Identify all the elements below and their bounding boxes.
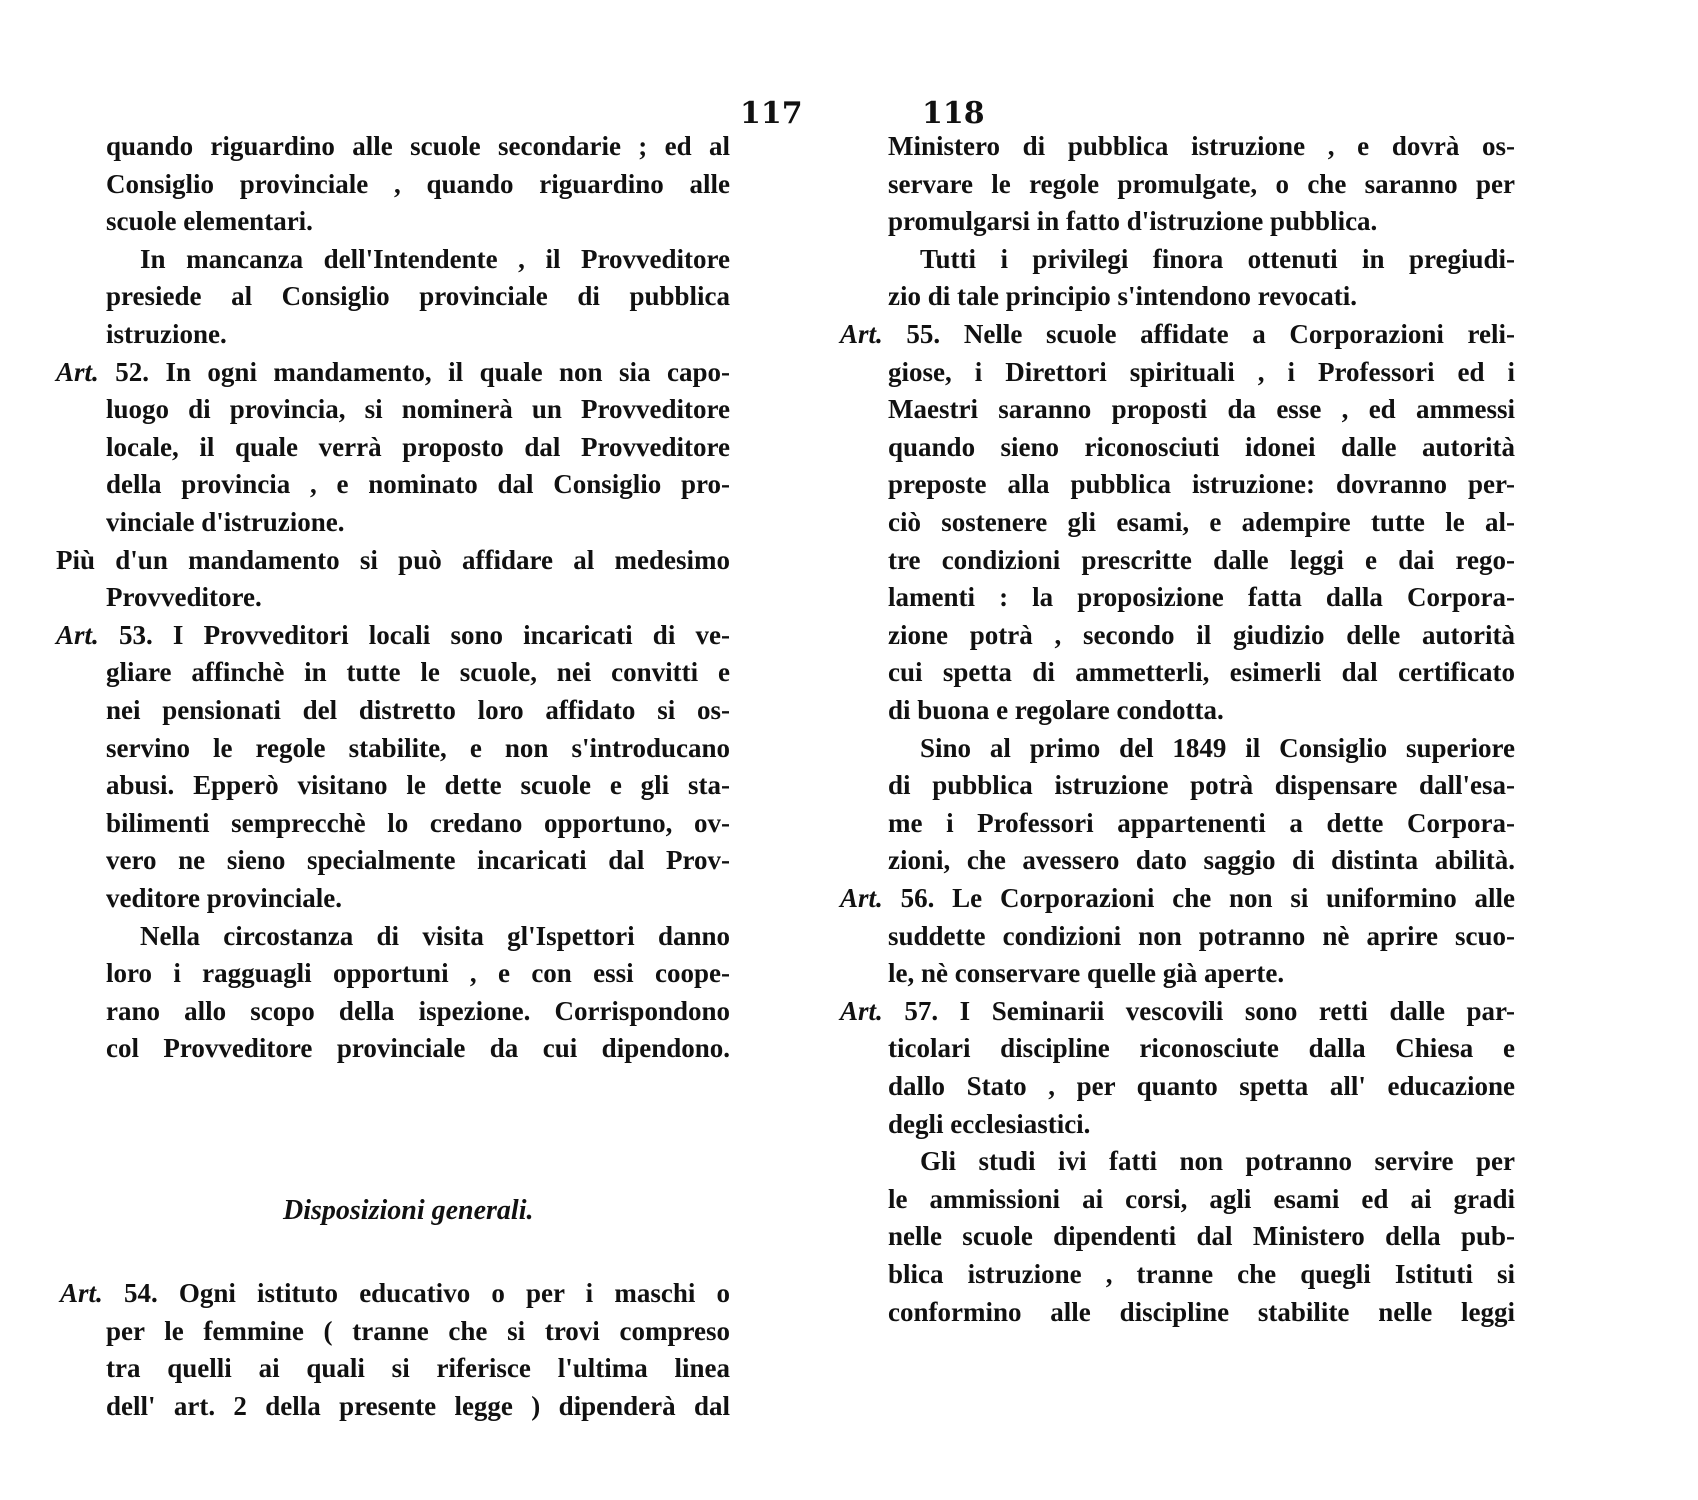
article-label: Art. bbox=[60, 1278, 103, 1308]
line-text: blica istruzione , tranne che quegli Ist… bbox=[888, 1259, 1515, 1289]
text-line: le, nè conservare quelle già aperte. bbox=[888, 953, 1284, 993]
article-label: Art. bbox=[840, 319, 883, 349]
line-text: col Provveditore provinciale da cui dipe… bbox=[106, 1033, 730, 1063]
text-line: suddette condizioni non potranno nè apri… bbox=[888, 916, 1515, 956]
line-text: le ammissioni ai corsi, agli esami ed ai… bbox=[888, 1184, 1515, 1214]
line-text: zioni, che avessero dato saggio di disti… bbox=[888, 845, 1515, 875]
text-line: vero ne sieno specialmente incaricati da… bbox=[106, 840, 730, 880]
text-line: servino le regole stabilite, e non s'int… bbox=[106, 728, 730, 768]
line-text: ticolari discipline riconosciute dalla C… bbox=[888, 1033, 1515, 1063]
text-line: degli ecclesiastici. bbox=[888, 1104, 1090, 1144]
text-line: bilimenti semprecchè lo credano opportun… bbox=[106, 803, 730, 843]
line-text: conformino alle discipline stabilite nel… bbox=[888, 1297, 1515, 1327]
text-line: dallo Stato , per quanto spetta all' edu… bbox=[888, 1066, 1515, 1106]
line-text: 56. Le Corporazioni che non si uniformin… bbox=[883, 883, 1515, 913]
text-line: giose, i Direttori spirituali , i Profes… bbox=[888, 352, 1515, 392]
text-line: zioni, che avessero dato saggio di disti… bbox=[888, 840, 1515, 880]
text-line: nei pensionati del distretto loro affida… bbox=[106, 690, 730, 730]
line-text: presiede al Consiglio provinciale di pub… bbox=[106, 281, 730, 311]
line-text: quando sieno riconosciuti idonei dalle a… bbox=[888, 432, 1515, 462]
line-text: loro i ragguagli opportuni , e con essi … bbox=[106, 958, 730, 988]
text-line: me i Professori appartenenti a dette Cor… bbox=[888, 803, 1515, 843]
article-label: Art. bbox=[840, 996, 883, 1026]
text-line: gliare affinchè in tutte le scuole, nei … bbox=[106, 652, 730, 692]
line-text: zio di tale principio s'intendono revoca… bbox=[888, 281, 1357, 311]
text-line: Art. 52. In ogni mandamento, il quale no… bbox=[56, 352, 730, 392]
line-text: Tutti i privilegi finora ottenuti in pre… bbox=[920, 244, 1515, 274]
text-line: Consiglio provinciale , quando riguardin… bbox=[106, 164, 730, 204]
line-text: vinciale d'istruzione. bbox=[106, 507, 345, 537]
text-line: ticolari discipline riconosciute dalla C… bbox=[888, 1028, 1515, 1068]
text-line: rano allo scopo della ispezione. Corrisp… bbox=[106, 991, 730, 1031]
line-text: vero ne sieno specialmente incaricati da… bbox=[106, 845, 730, 875]
text-line: Tutti i privilegi finora ottenuti in pre… bbox=[920, 239, 1515, 279]
line-text: tre condizioni prescritte dalle leggi e … bbox=[888, 545, 1515, 575]
text-line: promulgarsi in fatto d'istruzione pubbli… bbox=[888, 201, 1377, 241]
text-line: locale, il quale verrà proposto dal Prov… bbox=[106, 427, 730, 467]
text-line: zione potrà , secondo il giudizio delle … bbox=[888, 615, 1515, 655]
line-text: lamenti : la proposizione fatta dalla Co… bbox=[888, 582, 1515, 612]
line-text: 55. Nelle scuole affidate a Corporazioni… bbox=[883, 319, 1515, 349]
line-text: locale, il quale verrà proposto dal Prov… bbox=[106, 432, 730, 462]
text-line: servare le regole promulgate, o che sara… bbox=[888, 164, 1515, 204]
line-text: di pubblica istruzione potrà dispensare … bbox=[888, 770, 1515, 800]
text-line: Nella circostanza di visita gl'Ispettori… bbox=[140, 916, 730, 956]
line-text: 53. I Provveditori locali sono incaricat… bbox=[99, 620, 730, 650]
text-line: blica istruzione , tranne che quegli Ist… bbox=[888, 1254, 1515, 1294]
line-text: nei pensionati del distretto loro affida… bbox=[106, 695, 730, 725]
article-label: Art. bbox=[56, 357, 99, 387]
line-text: Ministero di pubblica istruzione , e dov… bbox=[888, 131, 1515, 161]
text-line: luogo di provincia, si nominerà un Provv… bbox=[106, 389, 730, 429]
article-label: Art. bbox=[56, 620, 99, 650]
text-line: In mancanza dell'Intendente , il Provved… bbox=[140, 239, 730, 279]
line-text: In mancanza dell'Intendente , il Provved… bbox=[140, 244, 730, 274]
line-text: ciò sostenere gli esami, e adempire tutt… bbox=[888, 507, 1515, 537]
section-heading: Disposizioni generali. bbox=[283, 1195, 533, 1227]
text-line: Art. 57. I Seminarii vescovili sono rett… bbox=[840, 991, 1515, 1031]
line-text: per le femmine ( tranne che si trovi com… bbox=[106, 1316, 730, 1346]
line-text: Nella circostanza di visita gl'Ispettori… bbox=[140, 921, 730, 951]
text-line: di buona e regolare condotta. bbox=[888, 690, 1224, 730]
line-text: rano allo scopo della ispezione. Corrisp… bbox=[106, 996, 730, 1026]
line-text: Sino al primo del 1849 il Consiglio supe… bbox=[920, 733, 1515, 763]
text-line: quando riguardino alle scuole secondarie… bbox=[106, 126, 730, 166]
line-text: abusi. Epperò visitano le dette scuole e… bbox=[106, 770, 730, 800]
line-text: veditore provinciale. bbox=[106, 883, 342, 913]
text-line: Art. 55. Nelle scuole affidate a Corpora… bbox=[840, 314, 1515, 354]
page-number: 117 bbox=[740, 96, 803, 131]
line-text: 52. In ogni mandamento, il quale non sia… bbox=[99, 357, 730, 387]
line-text: Consiglio provinciale , quando riguardin… bbox=[106, 169, 730, 199]
text-line: presiede al Consiglio provinciale di pub… bbox=[106, 276, 730, 316]
text-line: Art. 56. Le Corporazioni che non si unif… bbox=[840, 878, 1515, 918]
text-line: lamenti : la proposizione fatta dalla Co… bbox=[888, 577, 1515, 617]
line-text: di buona e regolare condotta. bbox=[888, 695, 1224, 725]
text-line: quando sieno riconosciuti idonei dalle a… bbox=[888, 427, 1515, 467]
line-text: promulgarsi in fatto d'istruzione pubbli… bbox=[888, 206, 1377, 236]
text-line: istruzione. bbox=[106, 314, 227, 354]
line-text: luogo di provincia, si nominerà un Provv… bbox=[106, 394, 730, 424]
text-line: Art. 53. I Provveditori locali sono inca… bbox=[56, 615, 730, 655]
line-text: servare le regole promulgate, o che sara… bbox=[888, 169, 1515, 199]
text-line: le ammissioni ai corsi, agli esami ed ai… bbox=[888, 1179, 1515, 1219]
text-line: col Provveditore provinciale da cui dipe… bbox=[106, 1028, 730, 1068]
text-line: vinciale d'istruzione. bbox=[106, 502, 345, 542]
right-page: 118 Ministero di pubblica istruzione , e… bbox=[820, 0, 1698, 1500]
text-line: di pubblica istruzione potrà dispensare … bbox=[888, 765, 1515, 805]
text-line: nelle scuole dipendenti dal Ministero de… bbox=[888, 1216, 1515, 1256]
text-line: tra quelli ai quali si riferisce l'ultim… bbox=[106, 1348, 730, 1388]
left-page: 117 quando riguardino alle scuole second… bbox=[0, 0, 820, 1500]
line-text: gliare affinchè in tutte le scuole, nei … bbox=[106, 657, 730, 687]
text-line: tre condizioni prescritte dalle leggi e … bbox=[888, 540, 1515, 580]
text-line: Provveditore. bbox=[106, 577, 262, 617]
text-line: per le femmine ( tranne che si trovi com… bbox=[106, 1311, 730, 1351]
line-text: servino le regole stabilite, e non s'int… bbox=[106, 733, 730, 763]
text-line: conformino alle discipline stabilite nel… bbox=[888, 1292, 1515, 1332]
text-line: Maestri saranno proposti da esse , ed am… bbox=[888, 389, 1515, 429]
line-text: preposte alla pubblica istruzione: dovra… bbox=[888, 469, 1515, 499]
text-line: della provincia , e nominato dal Consigl… bbox=[106, 464, 730, 504]
line-text: Più d'un mandamento si può affidare al m… bbox=[56, 545, 730, 575]
text-line: Art. 54. Ogni istituto educativo o per i… bbox=[60, 1273, 730, 1313]
text-line: veditore provinciale. bbox=[106, 878, 342, 918]
text-line: Ministero di pubblica istruzione , e dov… bbox=[888, 126, 1515, 166]
line-text: 54. Ogni istituto educativo o per i masc… bbox=[103, 1278, 730, 1308]
line-text: le, nè conservare quelle già aperte. bbox=[888, 958, 1284, 988]
text-line: scuole elementari. bbox=[106, 201, 313, 241]
line-text: cui spetta di ammetterli, esimerli dal c… bbox=[888, 657, 1515, 687]
text-line: loro i ragguagli opportuni , e con essi … bbox=[106, 953, 730, 993]
line-text: della provincia , e nominato dal Consigl… bbox=[106, 469, 730, 499]
line-text: Gli studi ivi fatti non potranno servire… bbox=[920, 1146, 1515, 1176]
text-line: cui spetta di ammetterli, esimerli dal c… bbox=[888, 652, 1515, 692]
line-text: scuole elementari. bbox=[106, 206, 313, 236]
line-text: zione potrà , secondo il giudizio delle … bbox=[888, 620, 1515, 650]
text-line: preposte alla pubblica istruzione: dovra… bbox=[888, 464, 1515, 504]
line-text: istruzione. bbox=[106, 319, 227, 349]
line-text: Maestri saranno proposti da esse , ed am… bbox=[888, 394, 1515, 424]
line-text: Provveditore. bbox=[106, 582, 262, 612]
line-text: suddette condizioni non potranno nè apri… bbox=[888, 921, 1515, 951]
line-text: bilimenti semprecchè lo credano opportun… bbox=[106, 808, 730, 838]
line-text: nelle scuole dipendenti dal Ministero de… bbox=[888, 1221, 1515, 1251]
line-text: quando riguardino alle scuole secondarie… bbox=[106, 131, 730, 161]
text-line: Gli studi ivi fatti non potranno servire… bbox=[920, 1141, 1515, 1181]
text-line: dell' art. 2 della presente legge ) dipe… bbox=[106, 1386, 730, 1426]
text-line: Sino al primo del 1849 il Consiglio supe… bbox=[920, 728, 1515, 768]
line-text: me i Professori appartenenti a dette Cor… bbox=[888, 808, 1515, 838]
line-text: 57. I Seminarii vescovili sono retti dal… bbox=[883, 996, 1515, 1026]
line-text: degli ecclesiastici. bbox=[888, 1109, 1090, 1139]
line-text: dell' art. 2 della presente legge ) dipe… bbox=[106, 1391, 730, 1421]
text-line: Più d'un mandamento si può affidare al m… bbox=[56, 540, 730, 580]
line-text: dallo Stato , per quanto spetta all' edu… bbox=[888, 1071, 1515, 1101]
article-label: Art. bbox=[840, 883, 883, 913]
text-line: ciò sostenere gli esami, e adempire tutt… bbox=[888, 502, 1515, 542]
line-text: giose, i Direttori spirituali , i Profes… bbox=[888, 357, 1515, 387]
text-line: abusi. Epperò visitano le dette scuole e… bbox=[106, 765, 730, 805]
text-line: zio di tale principio s'intendono revoca… bbox=[888, 276, 1357, 316]
line-text: tra quelli ai quali si riferisce l'ultim… bbox=[106, 1353, 730, 1383]
